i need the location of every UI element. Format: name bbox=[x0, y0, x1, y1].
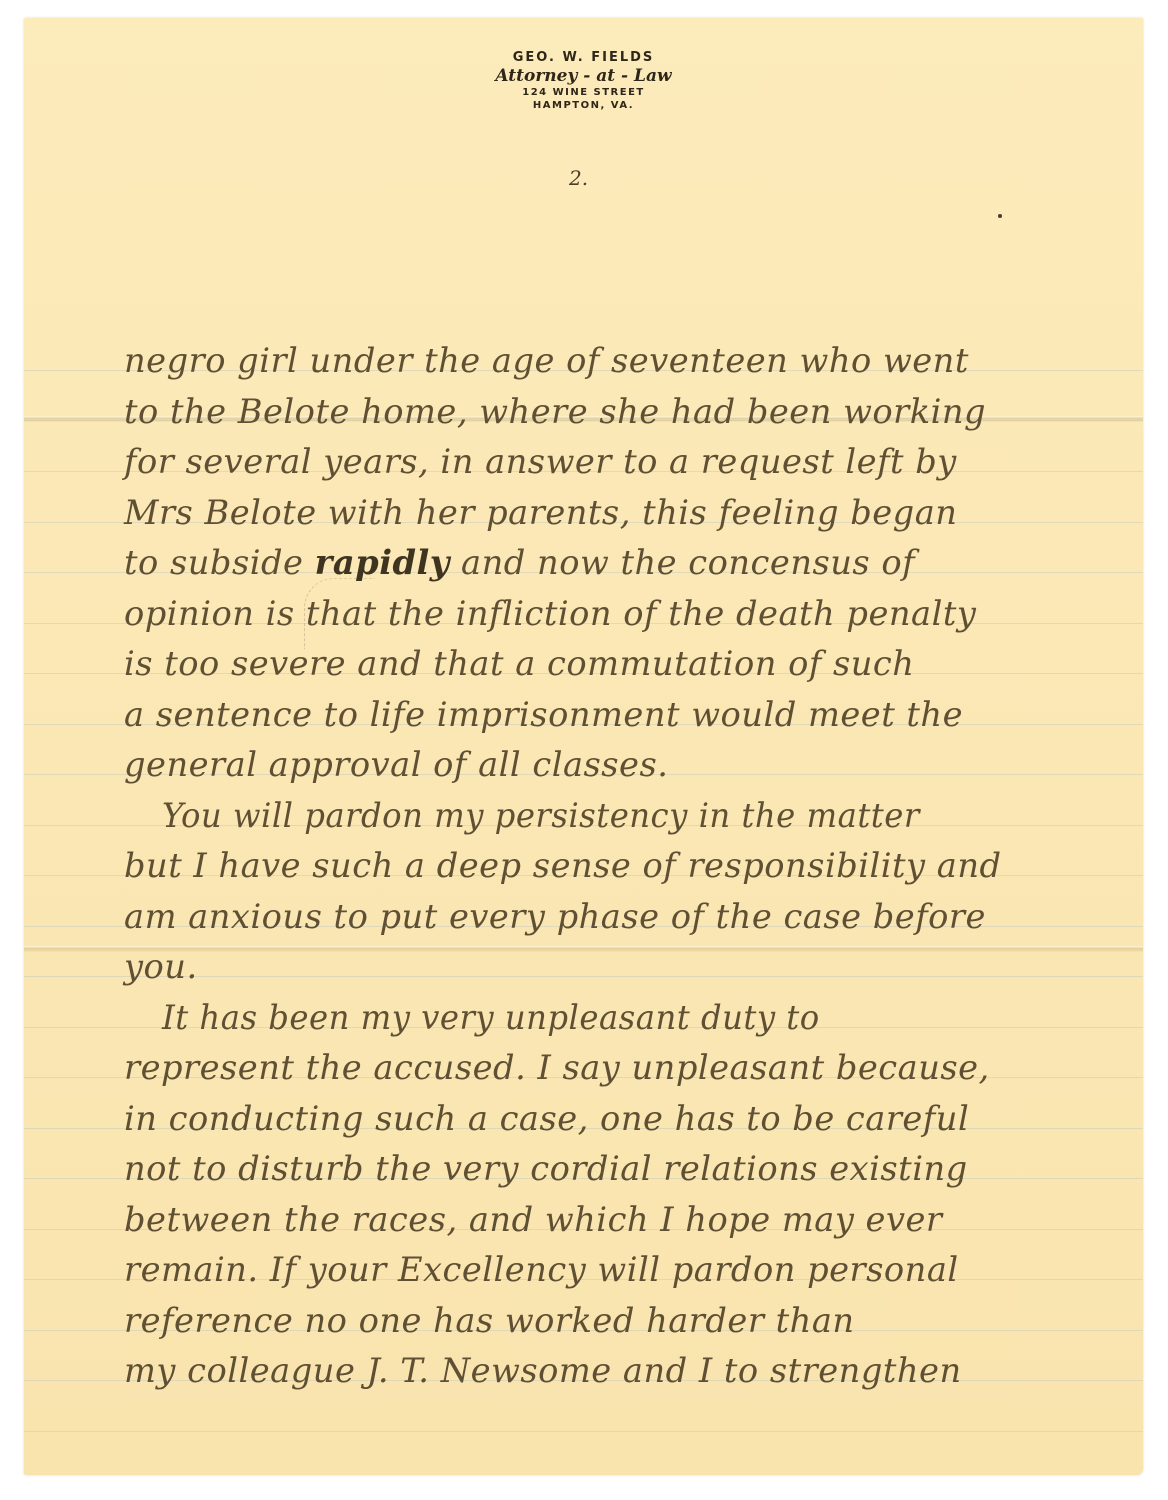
ruled-line bbox=[24, 1431, 1143, 1432]
body-text-segment: to subside bbox=[124, 543, 315, 583]
body-line: to subside rapidly and now the concensus… bbox=[124, 538, 1124, 589]
body-line: represent the accused. I say unpleasant … bbox=[124, 1043, 1124, 1094]
body-line: between the races, and which I hope may … bbox=[124, 1195, 1124, 1246]
body-line: to the Belote home, where she had been w… bbox=[124, 387, 1124, 438]
body-line: is too severe and that a commutation of … bbox=[124, 639, 1124, 690]
letterhead: GEO. W. FIELDS Attorney - at - Law 124 W… bbox=[24, 50, 1143, 112]
body-line: am anxious to put every phase of the cas… bbox=[124, 892, 1124, 943]
ink-dot bbox=[998, 214, 1002, 218]
body-line: a sentence to life imprisonment would me… bbox=[124, 690, 1124, 741]
letter-body: negro girl under the age of seventeen wh… bbox=[124, 336, 1134, 1397]
body-line: but I have such a deep sense of responsi… bbox=[124, 841, 1124, 892]
body-line: reference no one has worked harder than bbox=[124, 1296, 1124, 1347]
body-line: remain. If your Excellency will pardon p… bbox=[124, 1245, 1124, 1296]
letterhead-title: Attorney - at - Law bbox=[24, 66, 1143, 86]
body-line: in conducting such a case, one has to be… bbox=[124, 1094, 1124, 1145]
body-line: You will pardon my persistency in the ma… bbox=[124, 791, 1084, 842]
letter-page: GEO. W. FIELDS Attorney - at - Law 124 W… bbox=[24, 18, 1143, 1475]
page-number: 2. bbox=[569, 166, 588, 190]
body-line: you. bbox=[124, 942, 1124, 993]
letterhead-street: 124 WINE STREET bbox=[24, 86, 1143, 99]
emphasized-word: rapidly bbox=[315, 543, 450, 583]
body-line: opinion is that the infliction of the de… bbox=[124, 589, 1124, 640]
body-line: negro girl under the age of seventeen wh… bbox=[124, 336, 1124, 387]
letterhead-city: HAMPTON, VA. bbox=[24, 99, 1143, 112]
body-line: for several years, in answer to a reques… bbox=[124, 437, 1124, 488]
letterhead-name: GEO. W. FIELDS bbox=[24, 50, 1143, 66]
body-line: general approval of all classes. bbox=[124, 740, 1124, 791]
body-line: It has been my very unpleasant duty to bbox=[124, 993, 1084, 1044]
body-line: Mrs Belote with her parents, this feelin… bbox=[124, 488, 1124, 539]
body-text-segment: and now the concensus of bbox=[450, 543, 915, 583]
body-line: not to disturb the very cordial relation… bbox=[124, 1144, 1124, 1195]
body-line: my colleague J. T. Newsome and I to stre… bbox=[124, 1346, 1124, 1397]
